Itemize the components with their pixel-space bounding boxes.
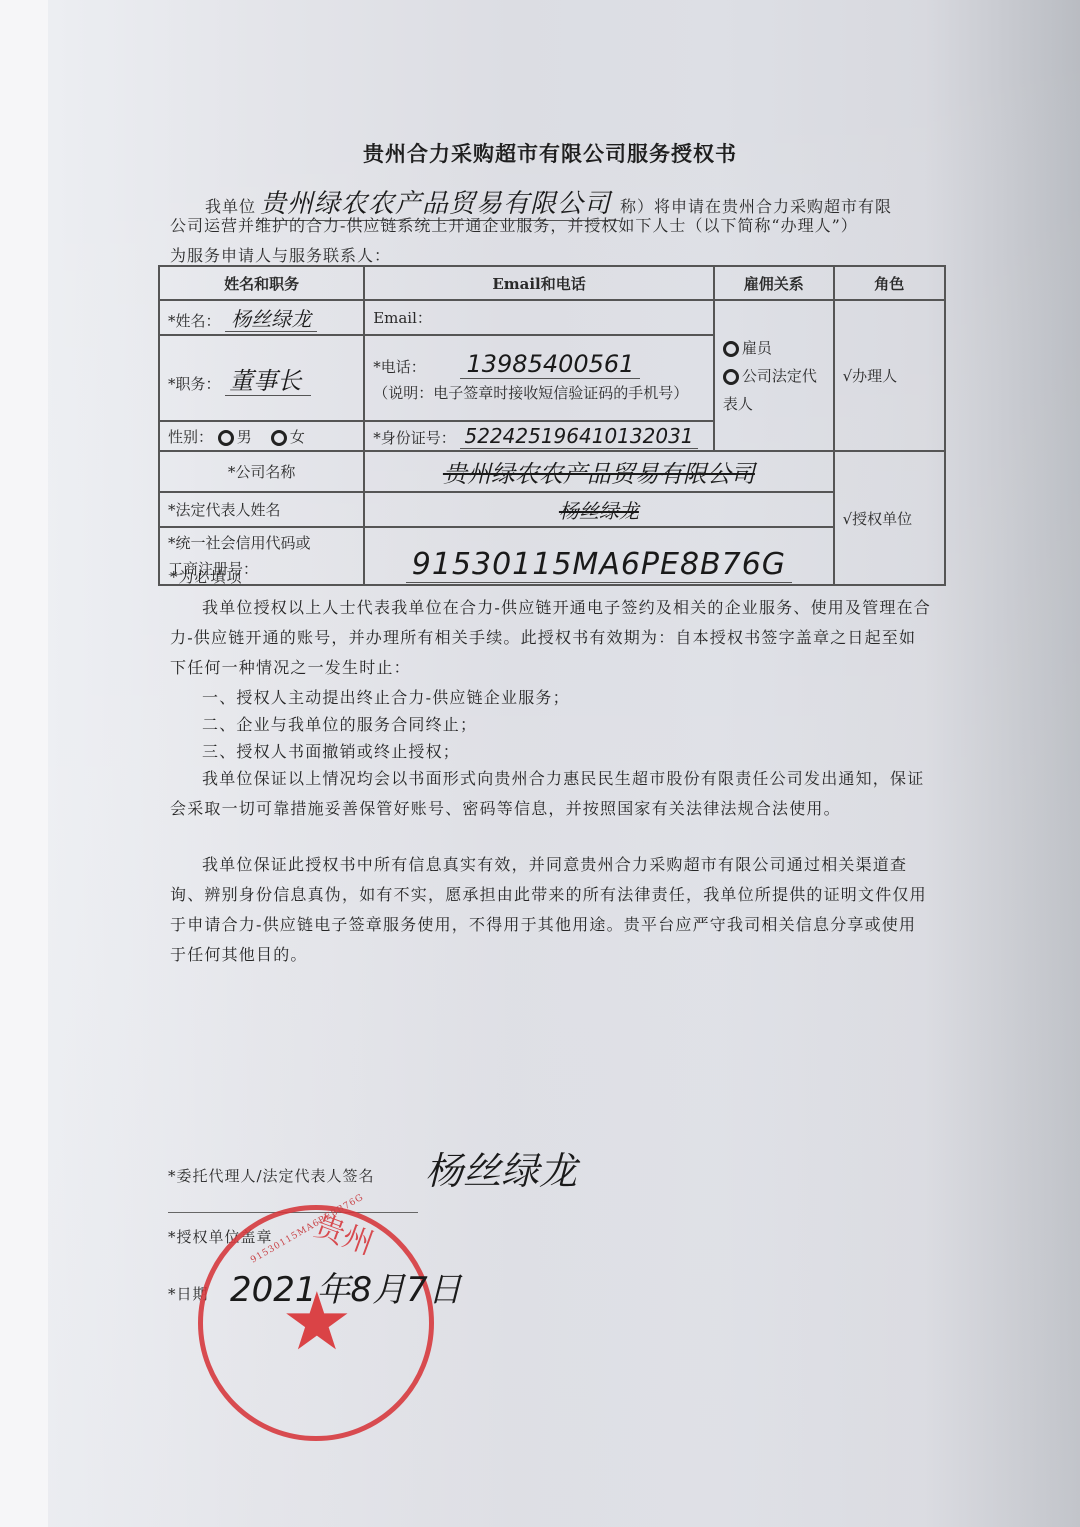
name-cell: *姓名： 杨丝绿龙	[159, 300, 364, 335]
phone-label: *电话：	[373, 358, 426, 376]
document-title: 贵州合力采购超市有限公司服务授权书	[160, 138, 940, 168]
position-value: 董事长	[225, 367, 311, 396]
paragraph-guarantee-1: 我单位保证以上情况均会以书面形式向贵州合力惠民民生超市股份有限责任公司发出通知，…	[170, 764, 932, 824]
id-cell: *身份证号： 522425196410132031	[364, 421, 714, 451]
role-unit-cell: √授权单位	[834, 451, 945, 585]
intro-line-3: 为服务申请人与服务联系人：	[170, 243, 391, 266]
employment-option-legal-rep[interactable]: 公司法定代表人	[723, 362, 825, 418]
header-role: 角色	[834, 266, 945, 300]
company-name-value: 贵州绿农农产品贸易有限公司	[443, 460, 755, 488]
employment-cell: 雇员 公司法定代表人	[714, 300, 834, 451]
phone-value: 13985400561	[460, 350, 640, 379]
email-label: Email：	[373, 309, 432, 327]
paragraph-guarantee-2: 我单位保证此授权书中所有信息真实有效，并同意贵州合力采购超市有限公司通过相关渠道…	[170, 850, 932, 970]
table-row: *姓名： 杨丝绿龙 Email： 雇员 公司法定代表人 √办理人	[159, 300, 945, 335]
required-note: *为必填项	[170, 566, 243, 587]
radio-checked-icon	[723, 369, 739, 385]
gender-option-female[interactable]: 女	[271, 428, 305, 446]
header-employment: 雇佣关系	[714, 266, 834, 300]
table-row: *法定代表人姓名 杨丝绿龙	[159, 492, 945, 527]
name-label: *姓名：	[168, 312, 221, 330]
company-name-cell: 贵州绿农农产品贸易有限公司	[364, 451, 833, 492]
signature-label: *委托代理人/法定代表人签名	[168, 1165, 375, 1186]
email-cell: Email：	[364, 300, 714, 335]
table-row: *统一社会信用代码或 工商注册号： 91530115MA6PE8B76G	[159, 527, 945, 585]
legal-rep-label: *法定代表人姓名	[159, 492, 364, 527]
position-label: *职务：	[168, 375, 221, 393]
phone-note: （说明：电子签章时接收短信验证码的手机号）	[373, 380, 705, 406]
role-agent-cell: √办理人	[834, 300, 945, 451]
credit-code-cell: 91530115MA6PE8B76G	[364, 527, 833, 585]
company-seal-stamp: 91530115MA6PE8B76G 贵州 ★	[198, 1205, 434, 1441]
table-row: *公司名称 贵州绿农农产品贸易有限公司 √授权单位	[159, 451, 945, 492]
radio-icon	[723, 341, 739, 357]
credit-code-value: 91530115MA6PE8B76G	[406, 547, 792, 583]
radio-checked-icon	[218, 430, 234, 446]
legal-rep-value: 杨丝绿龙	[559, 499, 639, 523]
intro-line-2: 公司运营并维护的合力-供应链系统上开通企业服务，并授权如下人士（以下简称“办理人…	[170, 213, 858, 236]
condition-3: 三、授权人书面撤销或终止授权；	[202, 737, 460, 767]
condition-2: 二、企业与我单位的服务合同终止；	[202, 710, 477, 740]
id-label: *身份证号：	[373, 429, 456, 447]
company-name-label: *公司名称	[159, 451, 364, 492]
table-header-row: 姓名和职务 Email和电话 雇佣关系 角色	[159, 266, 945, 300]
authorization-table: 姓名和职务 Email和电话 雇佣关系 角色 *姓名： 杨丝绿龙 Email： …	[158, 265, 946, 586]
header-email-phone: Email和电话	[364, 266, 714, 300]
radio-icon	[271, 430, 287, 446]
date-value: 2021年8月7日	[230, 1262, 462, 1311]
employment-option-employee[interactable]: 雇员	[723, 334, 825, 362]
legal-rep-cell: 杨丝绿龙	[364, 492, 833, 527]
gender-label: 性别：	[168, 428, 213, 446]
paragraph-authorization: 我单位授权以上人士代表我单位在合力-供应链开通电子签约及相关的企业服务、使用及管…	[170, 593, 932, 683]
signature-value: 杨丝绿龙	[425, 1140, 577, 1195]
condition-1: 一、授权人主动提出终止合力-供应链企业服务；	[202, 683, 570, 713]
position-cell: *职务： 董事长	[159, 335, 364, 421]
gender-option-male[interactable]: 男	[218, 428, 252, 446]
name-value: 杨丝绿龙	[225, 307, 317, 332]
header-name-position: 姓名和职务	[159, 266, 364, 300]
phone-cell: *电话： 13985400561 （说明：电子签章时接收短信验证码的手机号）	[364, 335, 714, 421]
gender-cell: 性别： 男 女	[159, 421, 364, 451]
id-value: 522425196410132031	[460, 424, 697, 449]
